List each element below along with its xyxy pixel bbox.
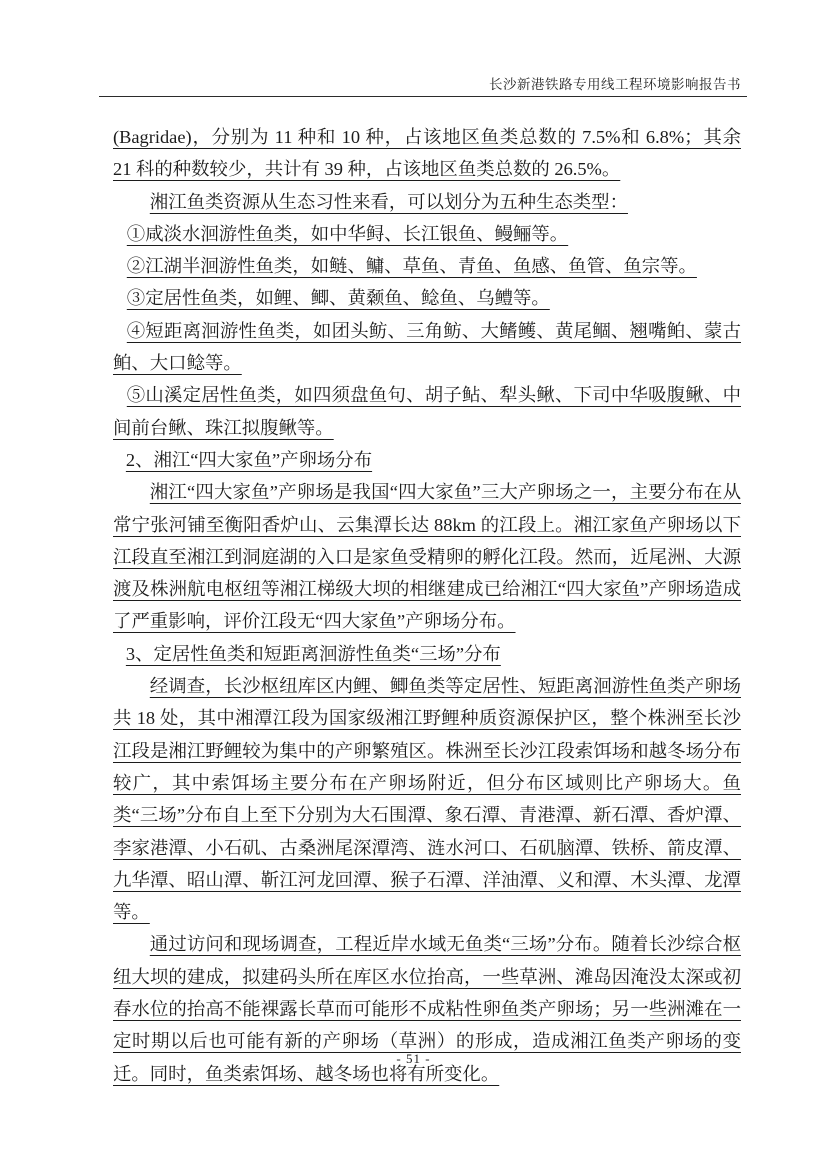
- document-page: 长沙新港铁路专用线工程环境影响报告书 (Bagridae)，分别为 11 种和 …: [0, 0, 827, 1169]
- page-number: - 51 -: [396, 1051, 430, 1066]
- paragraph: (Bagridae)，分别为 11 种和 10 种，占该地区鱼类总数的 7.5%…: [113, 121, 741, 186]
- paragraph: 经调查，长沙枢纽库区内鲤、鲫鱼类等定居性、短距离洄游性鱼类产卵场共 18 处，其…: [113, 670, 741, 928]
- page-footer: - 51 -: [0, 1050, 827, 1068]
- paragraph: ①咸淡水洄游性鱼类，如中华鲟、长江银鱼、鳗鲡等。: [113, 218, 741, 250]
- paragraph: 湘江“四大家鱼”产卵场是我国“四大家鱼”三大产卵场之一，主要分布在从常宁张河铺至…: [113, 476, 741, 637]
- section-heading: 3、定居性鱼类和短距离洄游性鱼类“三场”分布: [113, 638, 741, 670]
- header-rule: [99, 96, 747, 97]
- paragraph: ④短距离洄游性鱼类，如团头鲂、三角鲂、大鳍鳠、黄尾鲴、翘嘴鲌、蒙古鲌、大口鲶等。: [113, 315, 741, 380]
- document-body: (Bagridae)，分别为 11 种和 10 种，占该地区鱼类总数的 7.5%…: [113, 121, 741, 1090]
- paragraph: ②江湖半洄游性鱼类，如鲢、鳙、草鱼、青鱼、鱼感、鱼管、鱼宗等。: [113, 250, 741, 282]
- paragraph: 湘江鱼类资源从生态习性来看，可以划分为五种生态类型：: [113, 186, 741, 218]
- paragraph: ⑤山溪定居性鱼类，如四须盘鱼句、胡子鲇、犁头鳅、下司中华吸腹鳅、中间前台鳅、珠江…: [113, 379, 741, 444]
- section-heading: 2、湘江“四大家鱼”产卵场分布: [113, 444, 741, 476]
- header-title: 长沙新港铁路专用线工程环境影响报告书: [489, 77, 741, 93]
- paragraph: ③定居性鱼类，如鲤、鲫、黄颡鱼、鲶鱼、乌鳢等。: [113, 282, 741, 314]
